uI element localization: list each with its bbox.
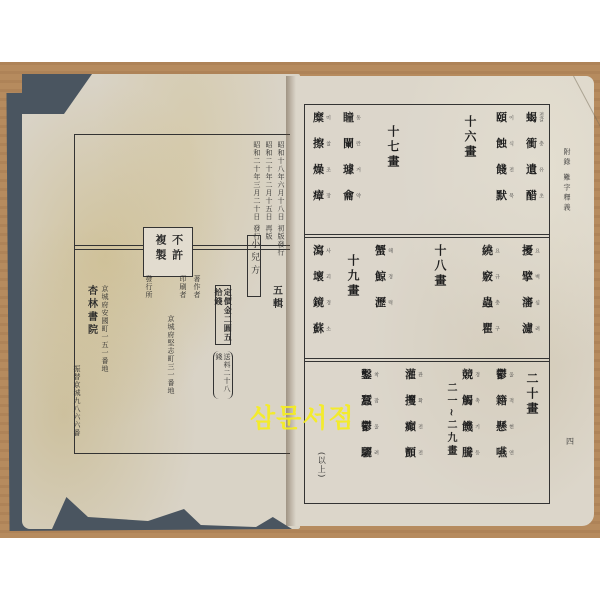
left-page-colophon: 昭和十八年六月十八日 初版發行 昭和二十年二月十五日 再版 昭和二十年三月二十日… xyxy=(22,74,300,529)
book-spine-shadow xyxy=(286,76,296,526)
stroke-heading: 十六畫 xyxy=(462,115,479,160)
index-entry: 闌란 xyxy=(343,135,360,151)
index-entry: 默묵 xyxy=(496,187,513,203)
index-entry: 瘴장 xyxy=(313,187,330,203)
account-number: 振替京城九八六六番 xyxy=(73,365,81,437)
index-entry: 瞿구 xyxy=(482,320,499,336)
index-entry: 繞요 xyxy=(482,242,499,258)
end-mark: (以上) xyxy=(317,452,326,478)
stroke-heading: 十七畫 xyxy=(385,125,402,170)
index-entry: 龠약 xyxy=(343,187,360,203)
publisher-name: 杏林書院 xyxy=(85,285,97,337)
index-entry: 蘇소 xyxy=(313,320,330,336)
price-box: 定價金二圓五拾錢 xyxy=(215,285,231,345)
index-entry: 燥조 xyxy=(313,161,330,177)
no-copy-stamp: 不許 複製 xyxy=(143,227,193,277)
index-entry: 蟲충 xyxy=(482,294,499,310)
volume-label: 五輯 xyxy=(270,285,282,311)
index-column: 蟹해 鯨경 瀝력 xyxy=(375,242,392,310)
index-entry: 驪려 xyxy=(361,444,378,460)
index-entry: 瀋심 xyxy=(522,294,539,310)
index-entry: 遺유 xyxy=(526,161,543,177)
index-entry: 顫전 xyxy=(405,444,422,460)
character-index-table: 十六畫 蝎전갈 衝충 遺유 醋초 頤이 蝕식 餞전 默묵 十七畫 糜미 擦찰 xyxy=(304,104,550,504)
index-entry: 競경 xyxy=(462,366,479,382)
index-entry: 濾려 xyxy=(522,320,539,336)
index-section-16-17: 十六畫 蝎전갈 衝충 遺유 醋초 頤이 蝕식 餞전 默묵 十七畫 糜미 擦찰 xyxy=(305,105,549,235)
index-entry: 籍적 xyxy=(496,392,513,408)
torn-paper-top xyxy=(22,74,92,114)
index-entry: 蝕식 xyxy=(496,135,513,151)
page-header: 附錄 難字釋義 xyxy=(562,148,572,213)
index-column: 蝎전갈 衝충 遺유 醋초 xyxy=(526,109,543,203)
index-entry: 攫확 xyxy=(405,392,422,408)
index-entry: 嚥연 xyxy=(496,444,513,460)
index-entry: 餞전 xyxy=(496,161,513,177)
watermark-text: 삼문서점 xyxy=(250,398,354,435)
right-page-index: 附錄 難字釋義 四 十六畫 蝎전갈 衝충 遺유 醋초 頤이 蝕식 餞전 默묵 十… xyxy=(290,76,594,526)
index-column: 鬱울 籍적 懸현 嚥연 xyxy=(496,366,513,460)
index-column: 灌관 攫확 癲전 顫전 xyxy=(405,366,422,460)
index-entry: 觸촉 xyxy=(462,392,479,408)
index-entry: 蝎전갈 xyxy=(526,109,543,125)
index-entry: 蠶잠 xyxy=(361,392,378,408)
index-entry: 瞳동 xyxy=(343,109,360,125)
book-title: 小兒方 xyxy=(249,239,259,296)
date-line: 昭和十八年六月十八日 初版發行 xyxy=(277,141,285,256)
index-entry: 鏡경 xyxy=(313,294,330,310)
price-text: 定價金二圓五拾錢 xyxy=(214,288,232,344)
index-column: 瞳동 闌란 璩거 龠약 xyxy=(343,109,360,203)
shipping-text: 送料二十八錢 xyxy=(215,353,231,399)
index-entry: 頤이 xyxy=(496,109,513,125)
index-entry: 鯨경 xyxy=(375,268,392,284)
stroke-heading: 二十畫 xyxy=(524,372,541,417)
index-column: 鑿착 蠶잠 鬱울 驪려 xyxy=(361,366,378,460)
index-column: 頤이 蝕식 餞전 默묵 xyxy=(496,109,513,203)
stamp-text: 不許 xyxy=(170,234,183,276)
printer-address: 京城府堅志町三一番地 xyxy=(167,315,175,395)
index-entry: 灌관 xyxy=(405,366,422,382)
index-entry: 瀉사 xyxy=(313,242,330,258)
index-entry: 擾요 xyxy=(522,242,539,258)
index-entry: 饑기 xyxy=(462,418,479,434)
stroke-heading: 十八畫 xyxy=(432,244,449,289)
index-column: 糜미 擦찰 燥조 瘴장 xyxy=(313,109,330,203)
shipping-fee: 送料二十八錢 xyxy=(213,351,233,399)
index-section-18-19: 十八畫 擾요 擘벽 瀋심 濾려 繞요 竅규 蟲충 瞿구 十九畫 瀉사 壞괴 xyxy=(305,237,549,359)
torn-paper-bottom xyxy=(52,489,292,529)
index-column: 瀉사 壞괴 鏡경 蘇소 xyxy=(313,242,330,336)
index-entry: 糜미 xyxy=(313,109,330,125)
index-entry: 懸현 xyxy=(496,418,513,434)
page-number: 四 xyxy=(566,436,574,447)
index-entry: 壞괴 xyxy=(313,268,330,284)
index-entry: 鑿착 xyxy=(361,366,378,382)
printer-label: 印刷者 xyxy=(179,275,187,299)
index-entry: 竅규 xyxy=(482,268,499,284)
index-entry: 騰등 xyxy=(462,444,479,460)
index-entry: 鬱울 xyxy=(496,366,513,382)
date-line: 昭和二十年二月十五日 再版 xyxy=(265,141,273,256)
publisher-address: 京城府安國町一五一番地 xyxy=(101,285,109,373)
index-entry: 瀝력 xyxy=(375,294,392,310)
index-column: 擾요 擘벽 瀋심 濾려 xyxy=(522,242,539,336)
stamp-text: 複製 xyxy=(153,234,166,276)
stroke-heading: 十九畫 xyxy=(345,254,362,299)
index-column: 競경 觸촉 饑기 騰등 xyxy=(462,366,479,460)
white-margin xyxy=(0,538,600,600)
title-box: 小兒方 xyxy=(247,235,261,297)
index-column: 繞요 竅규 蟲충 瞿구 xyxy=(482,242,499,336)
publisher-label: 發行所 xyxy=(145,275,153,299)
index-entry: 醋초 xyxy=(526,187,543,203)
index-entry: 蟹해 xyxy=(375,242,392,258)
author-label: 著作者 xyxy=(193,275,201,299)
index-entry: 鬱울 xyxy=(361,418,378,434)
stroke-heading: 二一~二九畫 xyxy=(443,382,458,458)
index-entry: 衝충 xyxy=(526,135,543,151)
index-entry: 擦찰 xyxy=(313,135,330,151)
index-entry: 璩거 xyxy=(343,161,360,177)
book-photo: 昭和十八年六月十八日 初版發行 昭和二十年二月十五日 再版 昭和二十年三月二十日… xyxy=(0,62,600,538)
index-entry: 擘벽 xyxy=(522,268,539,284)
index-entry: 癲전 xyxy=(405,418,422,434)
